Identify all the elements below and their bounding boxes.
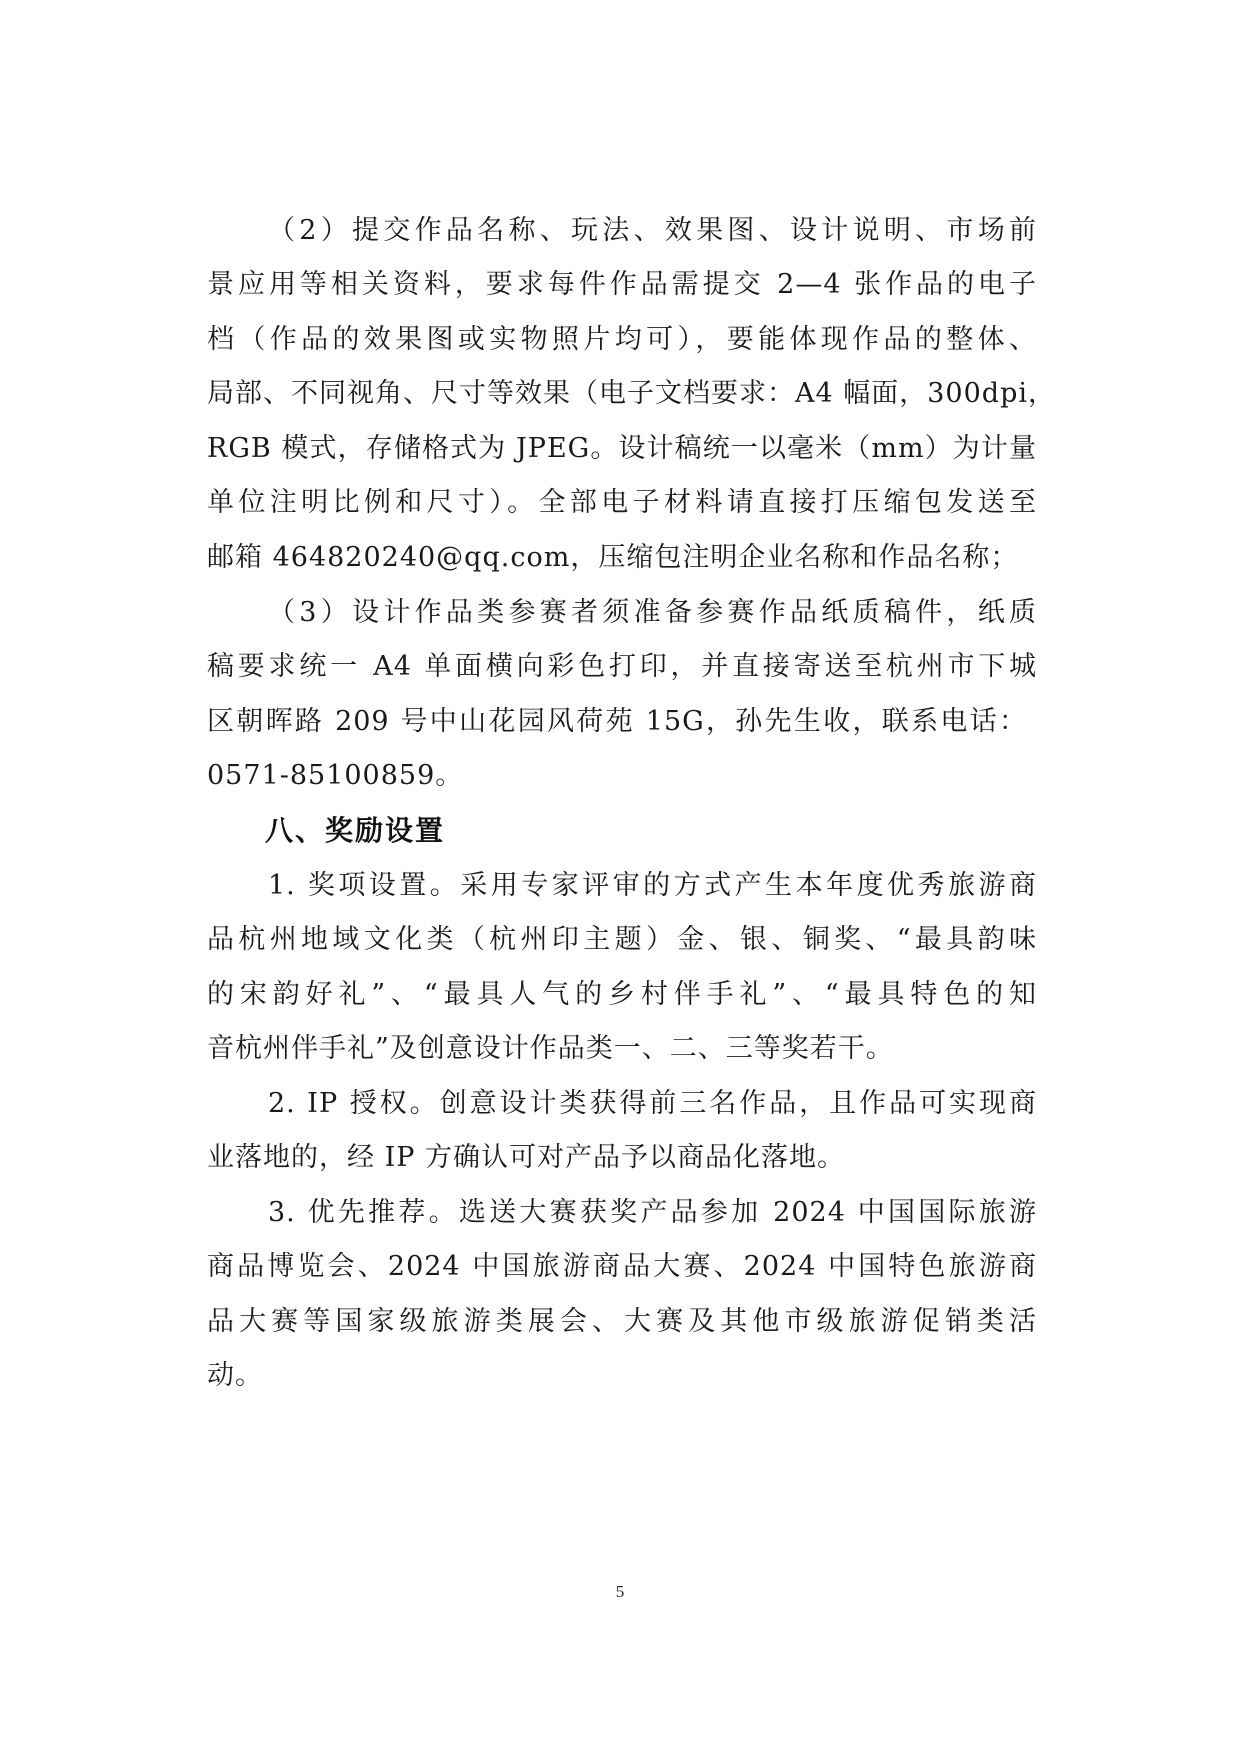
paragraph-submission-line-3: 档（作品的效果图或实物照片均可），要能体现作品的整体、 [207,323,1037,357]
paragraph-awards-line-4: 音杭州伴手礼”及创意设计作品类一、二、三等奖若干。 [207,1032,1037,1066]
paragraph-paper-line-2: 稿要求统一 A4 单面横向彩色打印，并直接寄送至杭州市下城 [207,650,1037,684]
paragraph-awards-line-3: 的宋韵好礼”、“最具人气的乡村伴手礼”、“最具特色的知 [207,978,1037,1012]
paragraph-submission-line-2: 景应用等相关资料，要求每件作品需提交 2—4 张作品的电子 [207,268,1037,302]
paragraph-awards-line-1: 1. 奖项设置。采用专家评审的方式产生本年度优秀旅游商 [268,869,1037,903]
paragraph-submission-line-5: RGB 模式，存储格式为 JPEG。设计稿统一以毫米（mm）为计量 [207,432,1037,466]
paragraph-submission-line-6: 单位注明比例和尺寸）。全部电子材料请直接打压缩包发送至 [207,486,1037,520]
paragraph-submission-line-4: 局部、不同视角、尺寸等效果（电子文档要求：A4 幅面，300dpi， [207,377,1037,411]
paragraph-recommendation-line-2: 商品博览会、2024 中国旅游商品大赛、2024 中国特色旅游商 [207,1250,1037,1284]
paragraph-ip-line-1: 2. IP 授权。创意设计类获得前三名作品，且作品可实现商 [268,1087,1037,1121]
section-heading: 八、奖励设置 [265,814,445,848]
page-number: 5 [612,1582,628,1602]
paragraph-submission-line-7: 邮箱 464820240@qq.com，压缩包注明企业名称和作品名称； [207,541,1015,575]
paragraph-awards-line-2: 品杭州地域文化类（杭州印主题）金、银、铜奖、“最具韵味 [207,923,1037,957]
paragraph-paper-line-1: （3）设计作品类参赛者须准备参赛作品纸质稿件，纸质 [268,596,1037,630]
paragraph-recommendation-line-4: 动。 [207,1359,1037,1393]
paragraph-submission-line-1: （2）提交作品名称、玩法、效果图、设计说明、市场前 [268,214,1037,248]
paragraph-ip-line-2: 业落地的，经 IP 方确认可对产品予以商品化落地。 [207,1141,1037,1175]
paragraph-recommendation-line-1: 3. 优先推荐。选送大赛获奖产品参加 2024 中国国际旅游 [268,1196,1037,1230]
document-page: （2）提交作品名称、玩法、效果图、设计说明、市场前 景应用等相关资料，要求每件作… [0,0,1239,1754]
paragraph-paper-line-3: 区朝晖路 209 号中山花园风荷苑 15G，孙先生收，联系电话： [207,705,1027,739]
paragraph-paper-line-4: 0571-85100859。 [207,759,1037,793]
paragraph-recommendation-line-3: 品大赛等国家级旅游类展会、大赛及其他市级旅游促销类活 [207,1305,1037,1339]
